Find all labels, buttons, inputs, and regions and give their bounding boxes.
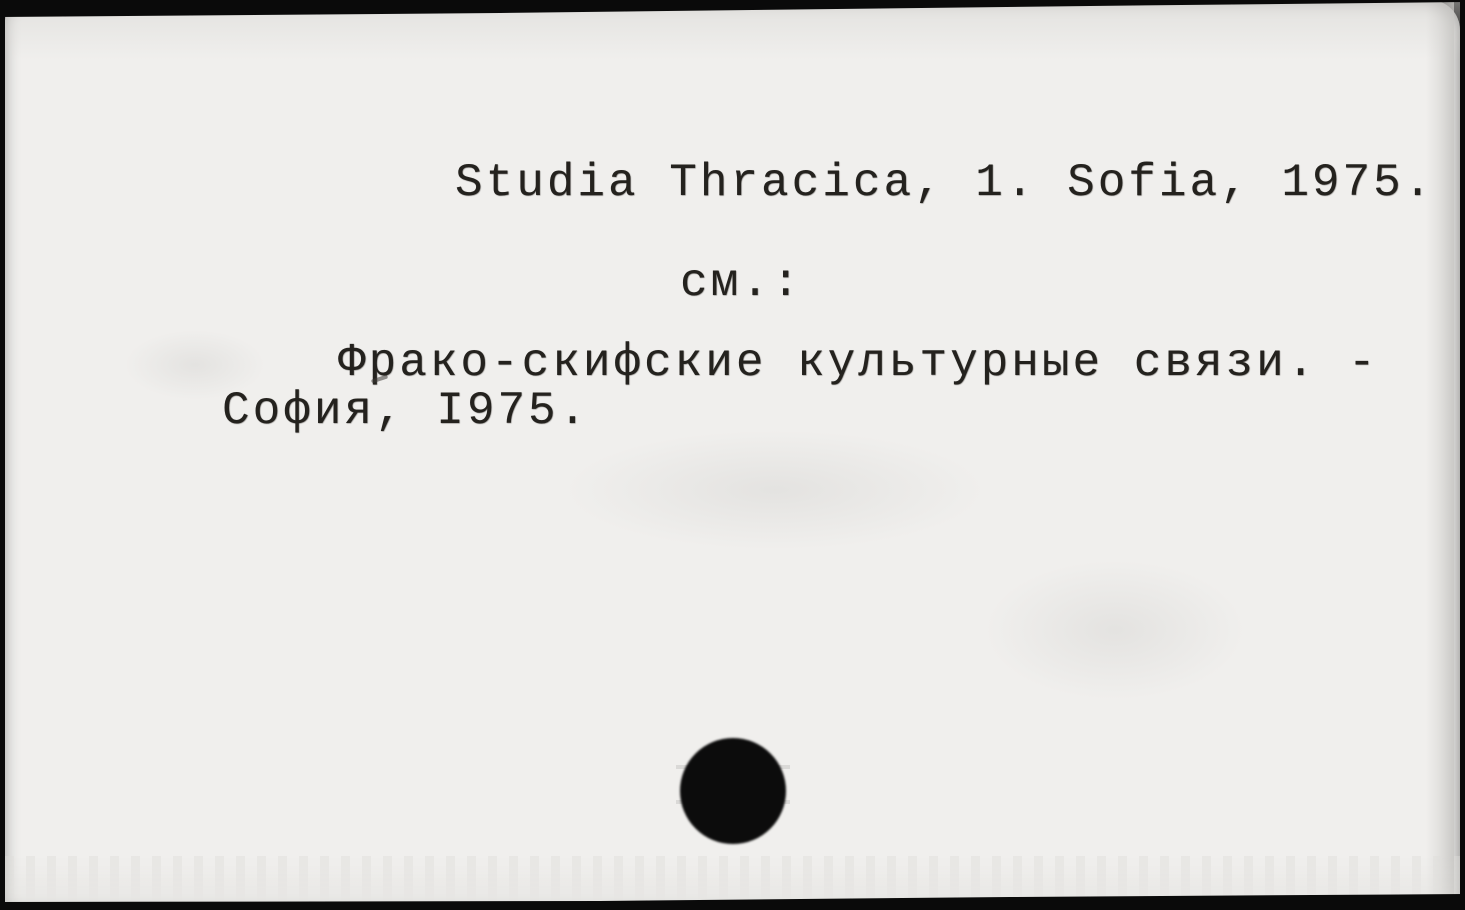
ink-dot-icon [680, 738, 786, 844]
paper-smudge [565, 430, 985, 550]
reference-line-2: София, I975. [222, 388, 589, 434]
paper-smudge [985, 560, 1245, 700]
see-reference-label: см.: [680, 260, 802, 306]
reference-line-1: Фрако-скифские культурные связи. - [338, 340, 1379, 386]
scanned-catalog-card-page: Studia Thracica, 1. Sofia, 1975. см.: Фр… [0, 0, 1465, 910]
scan-shading-right [1426, 0, 1454, 910]
card-title-line: Studia Thracica, 1. Sofia, 1975. [455, 160, 1434, 206]
